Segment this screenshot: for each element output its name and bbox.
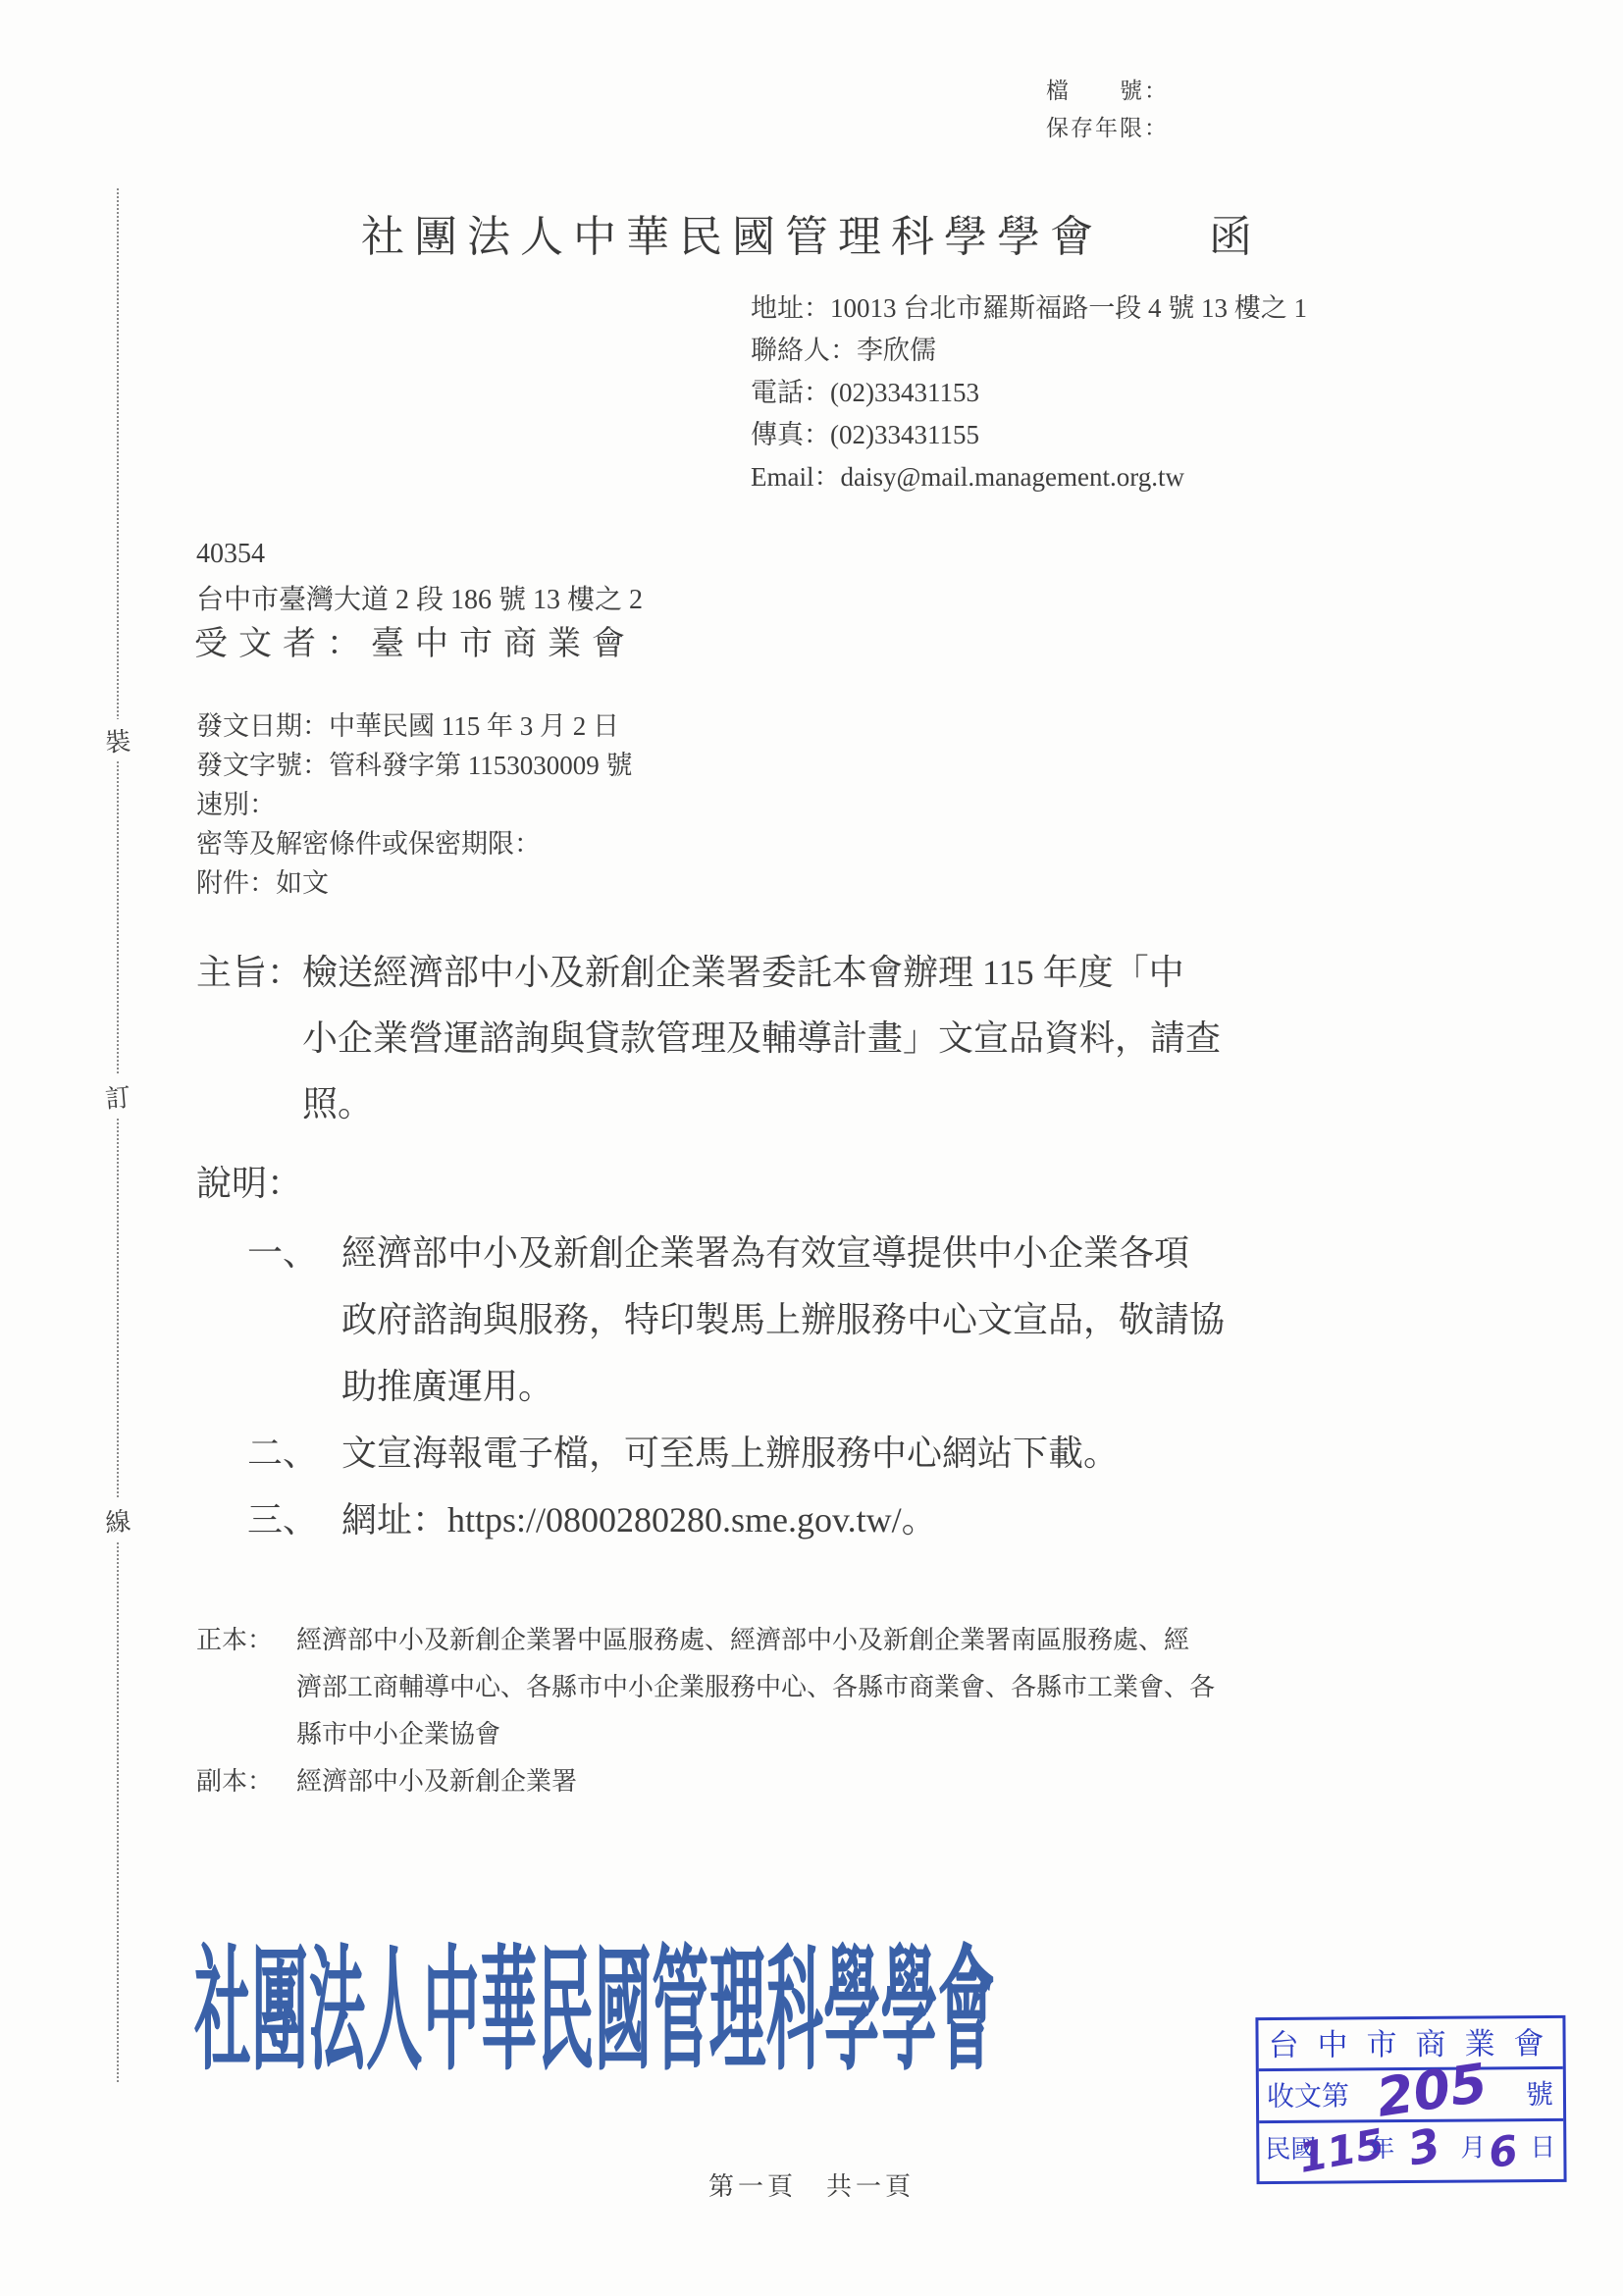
explanation-label: 說明：: [196, 1156, 302, 1206]
stamp-receipt-prefix: 收文第: [1267, 2070, 1349, 2123]
title-gap: [1103, 213, 1209, 261]
subject-label: 主旨：: [196, 953, 302, 992]
original-copy-line-2: 濟部工商輔導中心、各縣市中小企業服務中心、各縣市商業會、各縣市工業會、各: [196, 1664, 1215, 1711]
carbon-copy-label: 副本：: [196, 1758, 296, 1805]
stamp-receipt-suffix: 號: [1526, 2069, 1553, 2121]
binding-mark-xian: 線: [93, 1497, 142, 1543]
sender-email: Email：daisy@mail.management.org.tw: [751, 456, 1307, 498]
sender-address: 地址：10013 台北市羅斯福路一段 4 號 13 樓之 1: [751, 287, 1307, 330]
issue-date: 發文日期：中華民國 115 年 3 月 2 日: [196, 706, 633, 746]
recipient-postal-code: 40354: [196, 539, 265, 570]
file-number-label: 檔 號：: [1046, 73, 1169, 110]
binding-mark-zhuang: 裝: [93, 717, 142, 763]
binding-dotted-line: [117, 188, 119, 2082]
issuer-name: 社團法人中華民國管理科學學會: [361, 213, 1103, 261]
stamp-handwritten-number: 205: [1374, 2057, 1491, 2125]
doc-number: 發文字號：管科發字第 1153030009 號: [196, 746, 633, 785]
subject-block: 主旨：檢送經濟部中小及新創企業署委託本會辦理 115 年度「中 小企業營運諮詢與…: [196, 940, 1221, 1137]
explanation-item-1-line-1: 一、經濟部中小及新創企業署為有效宣導提供中小企業各項: [247, 1220, 1225, 1286]
receipt-stamp: 台中市商業會 收文第 205 號 民國 115 年 3 月 6 日: [1255, 2015, 1566, 2184]
speed-class: 速別：: [196, 785, 633, 824]
subject-line-3: 照。: [196, 1071, 1221, 1137]
original-copy-line-3: 縣市中小企業協會: [196, 1711, 1215, 1758]
subject-line-2: 小企業營運諮詢與貸款管理及輔導計畫」文宣品資料，請查: [196, 1006, 1221, 1071]
recipient-line: 受文者：臺中市商業會: [194, 616, 636, 664]
document-title: 社團法人中華民國管理科學學會 函: [361, 201, 1262, 264]
original-copy-label: 正本：: [196, 1617, 296, 1664]
retention-period-label: 保存年限：: [1046, 110, 1169, 147]
sender-contact-person: 聯絡人：李欣儒: [751, 330, 1307, 372]
item-number: 三、: [247, 1487, 341, 1553]
stamp-receipt-number-row: 收文第 205 號: [1259, 2069, 1563, 2123]
explanation-item-1-line-2: 政府諮詢與服務，特印製馬上辦服務中心文宣品，敬請協: [247, 1286, 1225, 1353]
sender-info: 地址：10013 台北市羅斯福路一段 4 號 13 樓之 1 聯絡人：李欣儒 電…: [751, 287, 1307, 498]
original-copy-line-1: 正本：經濟部中小及新創企業署中區服務處、經濟部中小及新創企業署南區服務處、經: [196, 1617, 1215, 1664]
binding-mark-ding: 訂: [93, 1073, 142, 1120]
doc-type: 函: [1209, 213, 1262, 261]
distribution-block: 正本：經濟部中小及新創企業署中區服務處、經濟部中小及新創企業署南區服務處、經 濟…: [196, 1617, 1215, 1805]
subject-line-1: 主旨：檢送經濟部中小及新創企業署委託本會辦理 115 年度「中: [196, 940, 1221, 1006]
item-number: 二、: [247, 1420, 341, 1487]
meta-block: 發文日期：中華民國 115 年 3 月 2 日 發文字號：管科發字第 11530…: [196, 706, 633, 903]
explanation-item-3: 三、網址：https://0800280280.sme.gov.tw/。: [247, 1487, 1225, 1553]
archive-block: 檔 號： 保存年限：: [1046, 73, 1169, 147]
document-page: 檔 號： 保存年限： 社團法人中華民國管理科學學會 函 地址：10013 台北市…: [0, 0, 1623, 2296]
carbon-copy-line: 副本：經濟部中小及新創企業署: [196, 1758, 1215, 1805]
stamp-handwritten-month: 3: [1404, 2121, 1444, 2172]
recipient-address: 台中市臺灣大道 2 段 186 號 13 樓之 2: [196, 578, 643, 617]
explanation-items: 一、經濟部中小及新創企業署為有效宣導提供中小企業各項 政府諮詢與服務，特印製馬上…: [247, 1220, 1225, 1553]
security-class: 密等及解密條件或保密期限：: [196, 824, 633, 863]
attachment: 附件：如文: [196, 863, 633, 903]
explanation-item-1-line-3: 助推廣運用。: [247, 1353, 1225, 1420]
page-number-footer: 第一頁 共一頁: [0, 2166, 1623, 2203]
sender-fax: 傳真：(02)33431155: [751, 414, 1307, 456]
explanation-item-2: 二、文宣海報電子檔，可至馬上辦服務中心網站下載。: [247, 1420, 1225, 1487]
item-number: 一、: [247, 1220, 341, 1286]
organization-seal: 社團法人中華民國管理科學學會: [194, 1902, 995, 2096]
sender-phone: 電話：(02)33431153: [751, 372, 1307, 414]
